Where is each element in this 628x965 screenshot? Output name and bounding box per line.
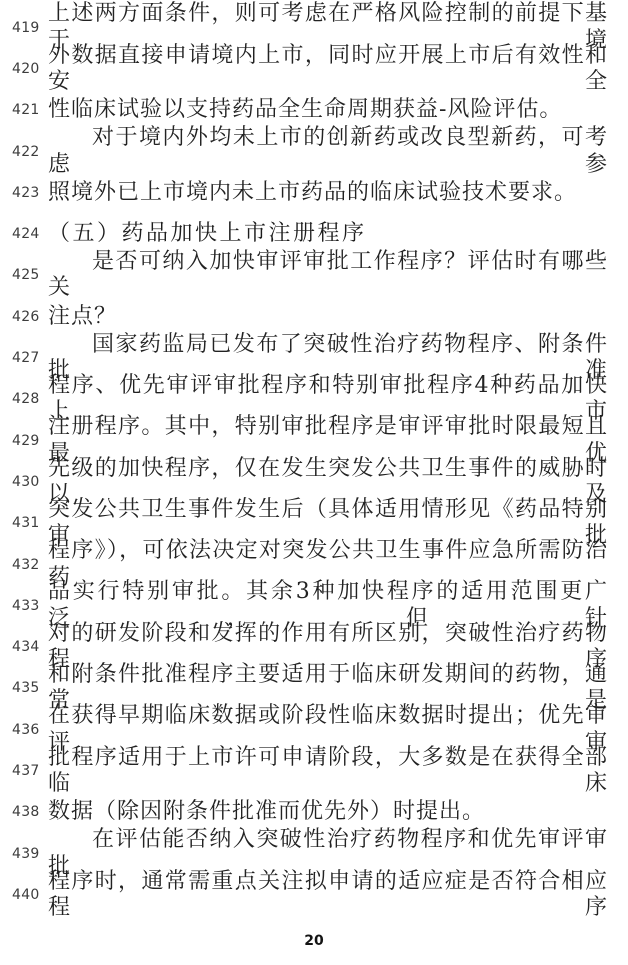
document-line: 425是否可纳入加快审评审批工作程序？评估时有哪些关 bbox=[0, 255, 628, 296]
document-line: 440程序时，通常需重点关注拟申请的适应症是否符合相应程序 bbox=[0, 874, 628, 915]
line-number: 435 bbox=[0, 680, 48, 696]
document-line: 422对于境内外均未上市的创新药或改良型新药，可考虑参 bbox=[0, 131, 628, 172]
line-number: 433 bbox=[0, 598, 48, 614]
line-text: 批程序适用于上市许可申请阶段，大多数是在获得全部临床 bbox=[48, 745, 608, 798]
line-text: 外数据直接申请境内上市，同时应开展上市后有效性和安全 bbox=[48, 43, 608, 96]
line-number: 434 bbox=[0, 639, 48, 655]
line-number: 437 bbox=[0, 763, 48, 779]
line-text: 对于境内外均未上市的创新药或改良型新药，可考虑参 bbox=[48, 125, 608, 178]
line-number: 420 bbox=[0, 61, 48, 77]
line-text: 照境外已上市境内未上市药品的临床试验技术要求。 bbox=[48, 180, 608, 206]
line-text: 是否可纳入加快审评审批工作程序？评估时有哪些关 bbox=[48, 249, 608, 302]
document-body: 419上述两方面条件，则可考虑在严格风险控制的前提下基于境420外数据直接申请境… bbox=[0, 0, 628, 916]
document-page: 419上述两方面条件，则可考虑在严格风险控制的前提下基于境420外数据直接申请境… bbox=[0, 0, 628, 965]
line-number: 440 bbox=[0, 887, 48, 903]
line-number: 430 bbox=[0, 474, 48, 490]
line-number: 423 bbox=[0, 185, 48, 201]
line-number: 426 bbox=[0, 309, 48, 325]
line-number: 436 bbox=[0, 722, 48, 738]
document-line: 420外数据直接申请境内上市，同时应开展上市后有效性和安全 bbox=[0, 48, 628, 89]
document-line: 437批程序适用于上市许可申请阶段，大多数是在获得全部临床 bbox=[0, 750, 628, 791]
line-number: 422 bbox=[0, 144, 48, 160]
line-text: 注点？ bbox=[48, 304, 608, 330]
line-text: 数据（除因附条件批准而优先外）时提出。 bbox=[48, 799, 608, 825]
line-number: 425 bbox=[0, 267, 48, 283]
line-number: 431 bbox=[0, 515, 48, 531]
line-number: 427 bbox=[0, 350, 48, 366]
line-number: 421 bbox=[0, 102, 48, 118]
line-text: 程序时，通常需重点关注拟申请的适应症是否符合相应程序 bbox=[48, 869, 608, 922]
line-number: 439 bbox=[0, 846, 48, 862]
page-number: 20 bbox=[0, 933, 628, 949]
line-number: 438 bbox=[0, 804, 48, 820]
line-number: 432 bbox=[0, 557, 48, 573]
line-number: 419 bbox=[0, 20, 48, 36]
section-heading: （五）药品加快上市注册程序 bbox=[48, 221, 608, 247]
document-line: 423照境外已上市境内未上市药品的临床试验技术要求。 bbox=[0, 172, 628, 213]
line-number: 429 bbox=[0, 433, 48, 449]
line-number: 424 bbox=[0, 226, 48, 242]
line-number: 428 bbox=[0, 391, 48, 407]
line-text: 性临床试验以支持药品全生命周期获益-风险评估。 bbox=[48, 97, 608, 123]
